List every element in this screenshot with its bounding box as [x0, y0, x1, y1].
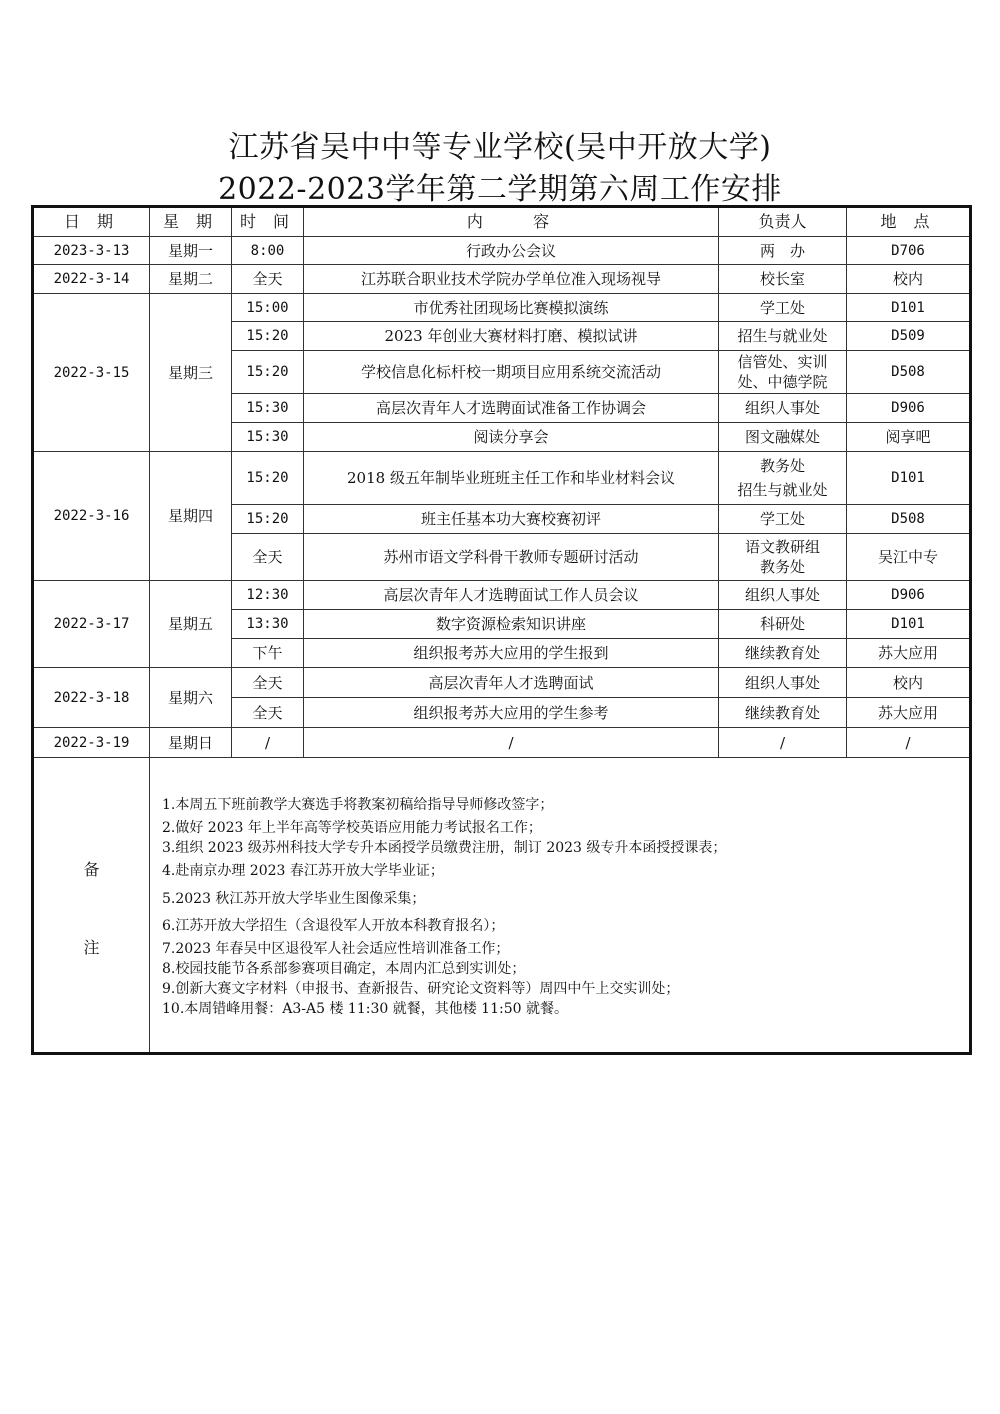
owner-line: 语文教研组 — [719, 537, 846, 557]
notes-label-bottom: 注 — [34, 938, 149, 958]
owner-line: 教务处 — [719, 557, 846, 577]
notes-row: 备 注 1.本周五下班前教学大赛选手将教案初稿给指导导师修改签字； 2.做好 2… — [33, 758, 971, 1054]
notes-label: 备 注 — [33, 758, 150, 1054]
place-cell: D508 — [847, 505, 971, 534]
table-row: 2023-3-13 星期一 8:00 行政办公会议 两 办 D706 — [33, 237, 971, 265]
weekday-cell: 星期一 — [150, 237, 232, 265]
document-title: 江苏省吴中中等专业学校(吴中开放大学) — [0, 122, 1000, 166]
place-cell: D101 — [847, 452, 971, 505]
owner-line: 招生与就业处 — [719, 478, 846, 502]
owner-cell: 组织人事处 — [719, 668, 847, 698]
place-cell: 苏大应用 — [847, 698, 971, 728]
content-cell: 组织报考苏大应用的学生参考 — [304, 698, 719, 728]
header-date: 日 期 — [33, 207, 150, 237]
place-cell: 校内 — [847, 668, 971, 698]
weekday-cell: 星期三 — [150, 294, 232, 452]
table-row: 2022-3-18 星期六 全天 高层次青年人才选聘面试 组织人事处 校内 — [33, 668, 971, 698]
place-cell: 校内 — [847, 265, 971, 294]
place-cell: 阅享吧 — [847, 423, 971, 452]
content-cell: 班主任基本功大赛校赛初评 — [304, 505, 719, 534]
note-item: 6.江苏开放大学招生（含退役军人开放本科教育报名）； — [162, 913, 969, 939]
time-cell: 15:00 — [232, 294, 304, 322]
notes-content: 1.本周五下班前教学大赛选手将教案初稿给指导导师修改签字； 2.做好 2023 … — [150, 758, 971, 1054]
note-item: 7.2023 年春吴中区退役军人社会适应性培训准备工作； — [162, 939, 969, 959]
place-cell: / — [847, 728, 971, 758]
owner-cell: 两 办 — [719, 237, 847, 265]
note-item: 4.赴南京办理 2023 春江苏开放大学毕业证； — [162, 858, 969, 885]
time-cell: 15:20 — [232, 505, 304, 534]
content-cell: 2023 年创业大赛材料打磨、模拟试讲 — [304, 322, 719, 351]
time-cell: 下午 — [232, 639, 304, 668]
date-cell: 2022-3-18 — [33, 668, 150, 728]
place-cell: D906 — [847, 394, 971, 423]
table-row: 2022-3-14 星期二 全天 江苏联合职业技术学院办学单位准入现场视导 校长… — [33, 265, 971, 294]
owner-cell: 语文教研组 教务处 — [719, 534, 847, 581]
owner-cell: 学工处 — [719, 294, 847, 322]
date-cell: 2022-3-15 — [33, 294, 150, 452]
place-cell: 苏大应用 — [847, 639, 971, 668]
time-cell: 全天 — [232, 265, 304, 294]
place-cell: D101 — [847, 294, 971, 322]
time-cell: 15:30 — [232, 423, 304, 452]
content-cell: 2018 级五年制毕业班班主任工作和毕业材料会议 — [304, 452, 719, 505]
owner-cell: 图文融媒处 — [719, 423, 847, 452]
time-cell: 12:30 — [232, 581, 304, 610]
time-cell: 全天 — [232, 668, 304, 698]
owner-cell: 组织人事处 — [719, 581, 847, 610]
content-cell: 高层次青年人才选聘面试准备工作协调会 — [304, 394, 719, 423]
weekday-cell: 星期二 — [150, 265, 232, 294]
owner-cell: / — [719, 728, 847, 758]
content-cell: 苏州市语文学科骨干教师专题研讨活动 — [304, 534, 719, 581]
note-item: 10.本周错峰用餐：A3-A5 楼 11:30 就餐，其他楼 11:50 就餐。 — [162, 999, 969, 1019]
time-cell: 8:00 — [232, 237, 304, 265]
time-cell: 15:20 — [232, 452, 304, 505]
time-cell: 15:30 — [232, 394, 304, 423]
place-cell: D906 — [847, 581, 971, 610]
date-cell: 2022-3-19 — [33, 728, 150, 758]
note-item: 5.2023 秋江苏开放大学毕业生图像采集； — [162, 885, 969, 913]
content-cell: 市优秀社团现场比赛模拟演练 — [304, 294, 719, 322]
date-cell: 2022-3-14 — [33, 265, 150, 294]
time-cell: 全天 — [232, 534, 304, 581]
note-item: 1.本周五下班前教学大赛选手将教案初稿给指导导师修改签字； — [162, 792, 969, 818]
content-cell: 学校信息化标杆校一期项目应用系统交流活动 — [304, 351, 719, 394]
owner-cell: 教务处 招生与就业处 — [719, 452, 847, 505]
weekday-cell: 星期四 — [150, 452, 232, 581]
content-cell: 高层次青年人才选聘面试 — [304, 668, 719, 698]
schedule-table: 日 期 星 期 时 间 内 容 负责人 地 点 2023-3-13 星期一 8:… — [31, 205, 972, 1055]
owner-cell: 继续教育处 — [719, 698, 847, 728]
note-item: 2.做好 2023 年上半年高等学校英语应用能力考试报名工作； — [162, 818, 969, 838]
notes-label-top: 备 — [34, 860, 149, 880]
place-cell: D509 — [847, 322, 971, 351]
content-cell: 数字资源检索知识讲座 — [304, 610, 719, 639]
header-content: 内 容 — [304, 207, 719, 237]
date-cell: 2023-3-13 — [33, 237, 150, 265]
owner-cell: 学工处 — [719, 505, 847, 534]
owner-cell: 继续教育处 — [719, 639, 847, 668]
owner-cell: 招生与就业处 — [719, 322, 847, 351]
table-header-row: 日 期 星 期 时 间 内 容 负责人 地 点 — [33, 207, 971, 237]
time-cell: 全天 — [232, 698, 304, 728]
content-cell: 组织报考苏大应用的学生报到 — [304, 639, 719, 668]
content-cell: / — [304, 728, 719, 758]
time-cell: 13:30 — [232, 610, 304, 639]
date-cell: 2022-3-17 — [33, 581, 150, 668]
content-cell: 江苏联合职业技术学院办学单位准入现场视导 — [304, 265, 719, 294]
weekday-cell: 星期六 — [150, 668, 232, 728]
header-place: 地 点 — [847, 207, 971, 237]
header-time: 时 间 — [232, 207, 304, 237]
document-subtitle: 2022-2023学年第二学期第六周工作安排 — [0, 164, 1000, 208]
owner-line: 信管处、实训 — [719, 352, 846, 372]
place-cell: D508 — [847, 351, 971, 394]
table-row: 2022-3-17 星期五 12:30 高层次青年人才选聘面试工作人员会议 组织… — [33, 581, 971, 610]
table-row: 2022-3-16 星期四 15:20 2018 级五年制毕业班班主任工作和毕业… — [33, 452, 971, 505]
owner-cell: 科研处 — [719, 610, 847, 639]
content-cell: 高层次青年人才选聘面试工作人员会议 — [304, 581, 719, 610]
owner-line: 处、中德学院 — [719, 372, 846, 392]
table-row: 2022-3-15 星期三 15:00 市优秀社团现场比赛模拟演练 学工处 D1… — [33, 294, 971, 322]
weekday-cell: 星期日 — [150, 728, 232, 758]
table-row: 2022-3-19 星期日 / / / / — [33, 728, 971, 758]
owner-cell: 校长室 — [719, 265, 847, 294]
header-weekday: 星 期 — [150, 207, 232, 237]
weekday-cell: 星期五 — [150, 581, 232, 668]
note-item: 8.校园技能节各系部参赛项目确定，本周内汇总到实训处； — [162, 959, 969, 979]
content-cell: 阅读分享会 — [304, 423, 719, 452]
owner-line: 教务处 — [719, 454, 846, 478]
owner-cell: 信管处、实训 处、中德学院 — [719, 351, 847, 394]
place-cell: D101 — [847, 610, 971, 639]
time-cell: 15:20 — [232, 351, 304, 394]
content-cell: 行政办公会议 — [304, 237, 719, 265]
date-cell: 2022-3-16 — [33, 452, 150, 581]
note-item: 3.组织 2023 级苏州科技大学专升本函授学员缴费注册，制订 2023 级专升… — [162, 838, 969, 858]
note-item: 9.创新大赛文字材料（申报书、查新报告、研究论文资料等）周四中午上交实训处； — [162, 979, 969, 999]
time-cell: / — [232, 728, 304, 758]
header-owner: 负责人 — [719, 207, 847, 237]
time-cell: 15:20 — [232, 322, 304, 351]
owner-cell: 组织人事处 — [719, 394, 847, 423]
place-cell: D706 — [847, 237, 971, 265]
place-cell: 吴江中专 — [847, 534, 971, 581]
